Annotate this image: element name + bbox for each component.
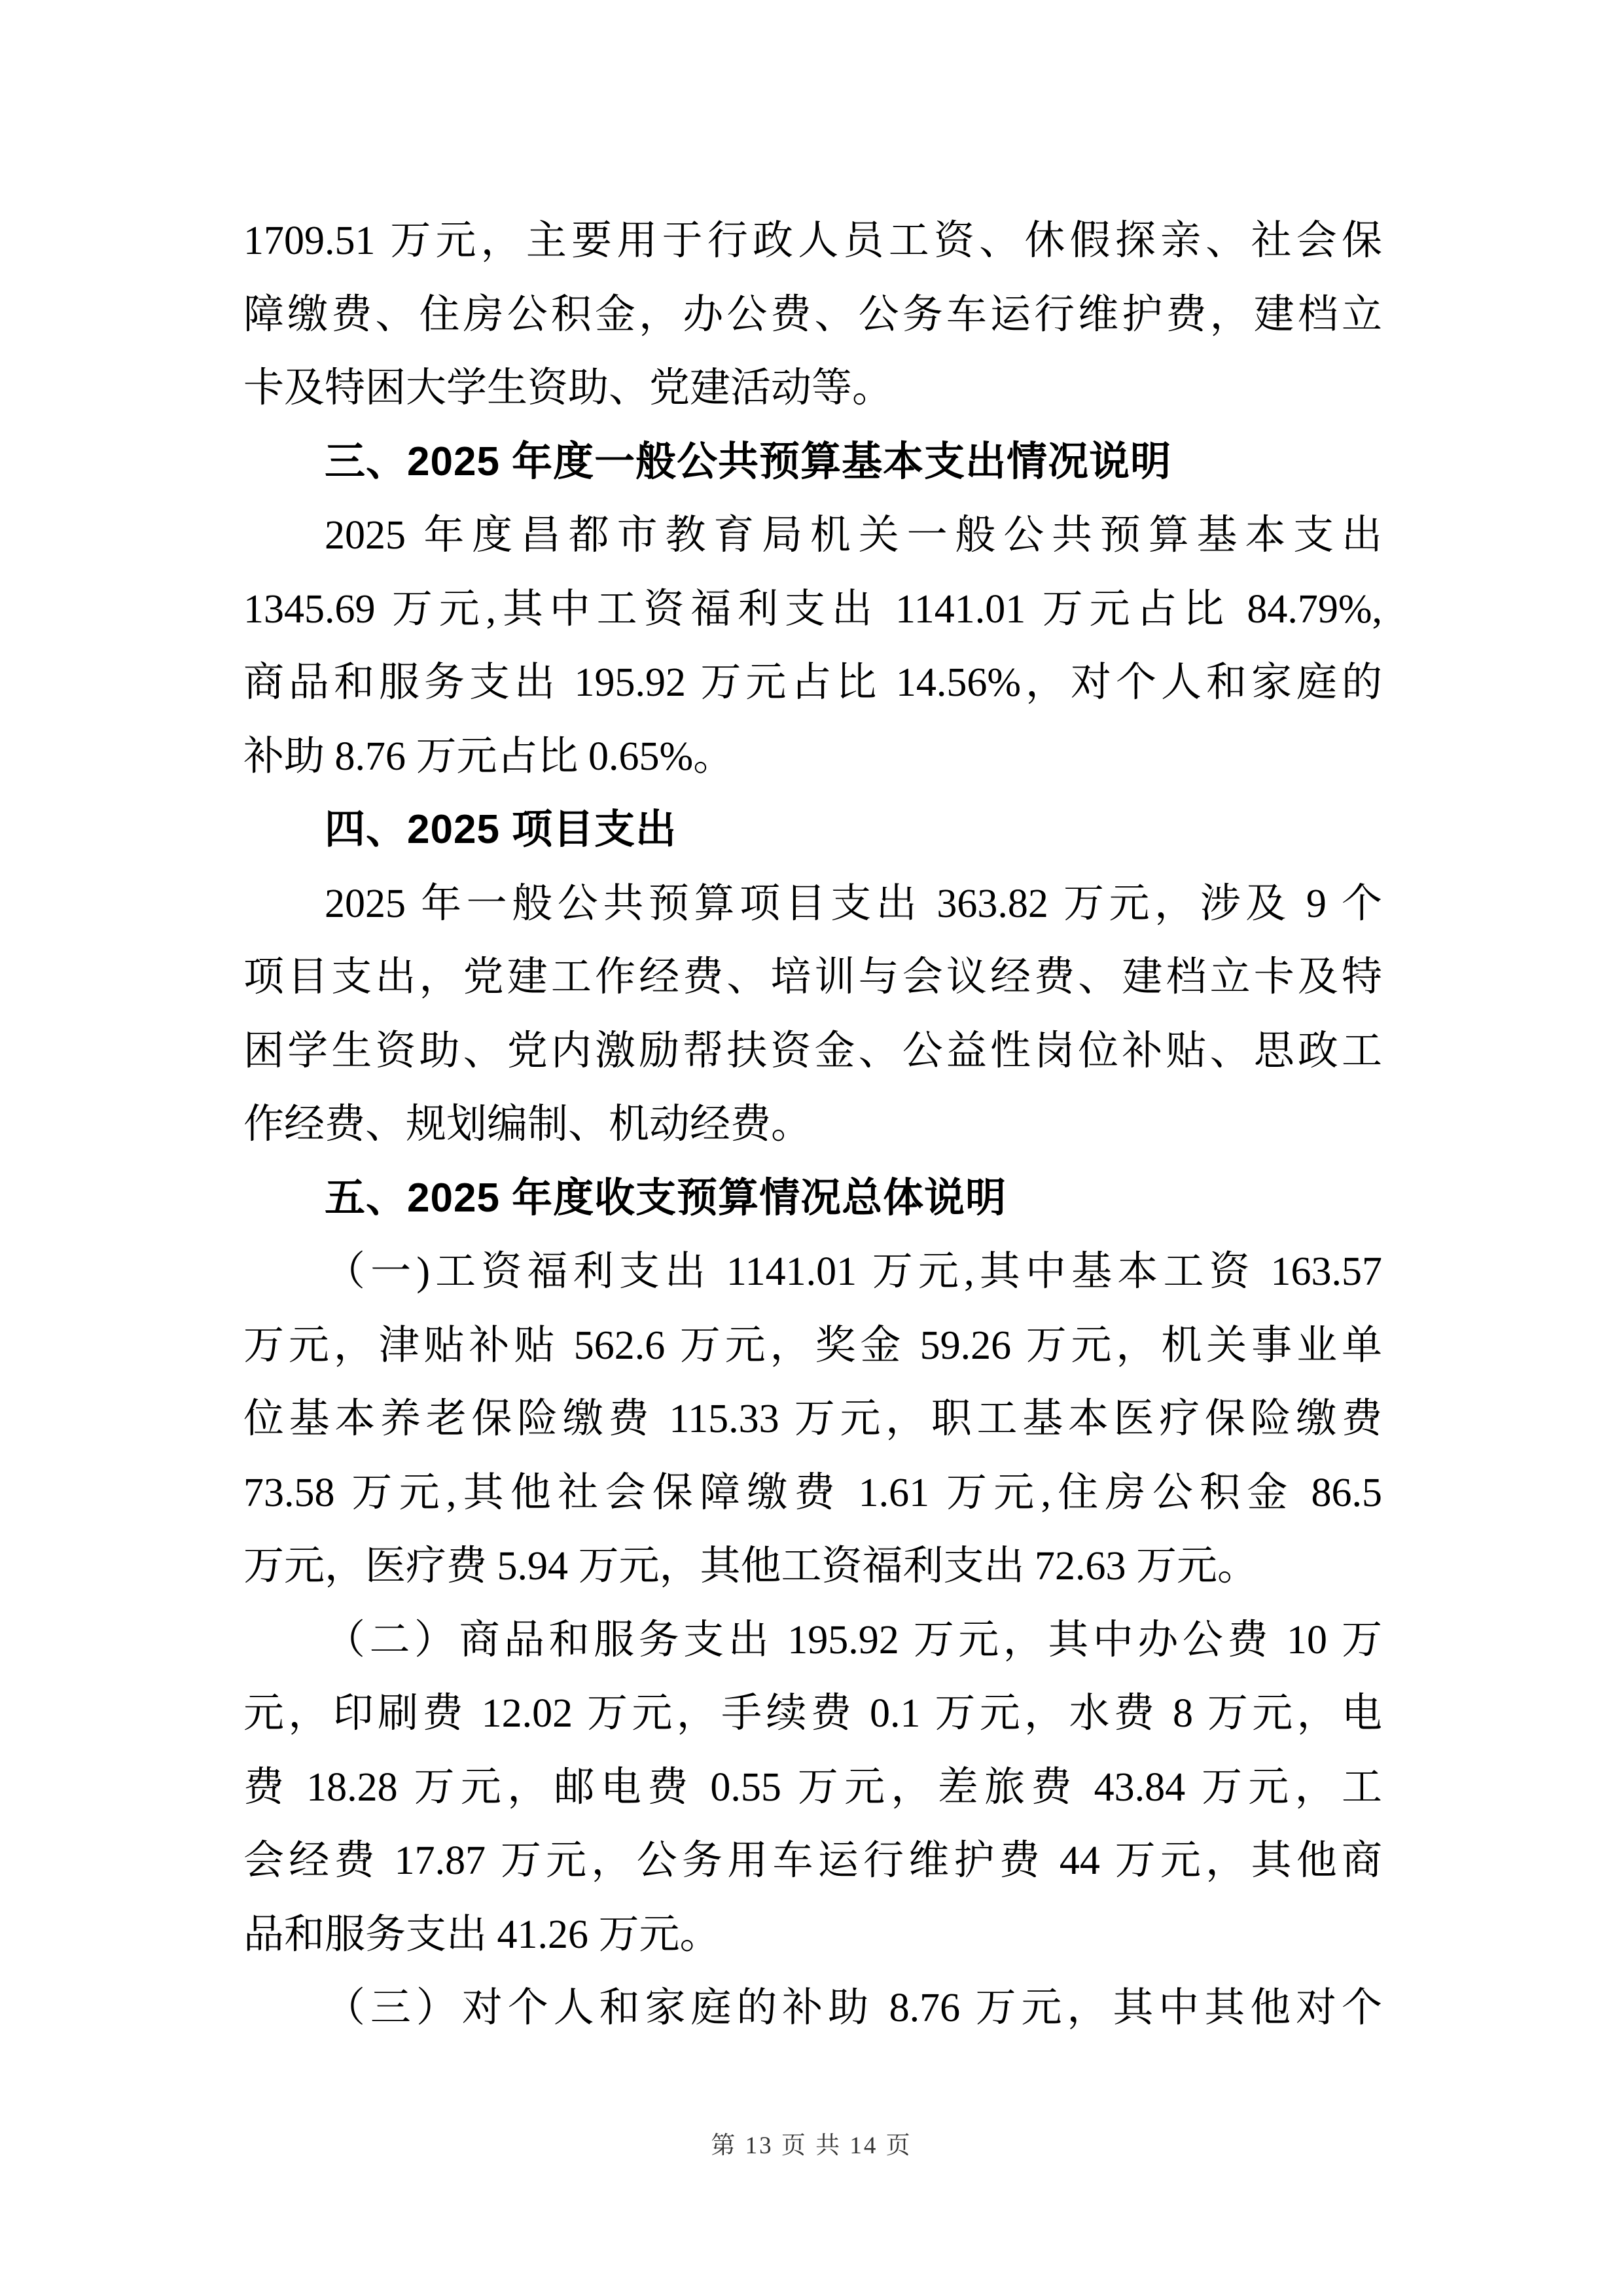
text-line: 2025 年一般公共预算项目支出 363.82 万元，涉及 9 个 [243, 867, 1382, 941]
document-body: 1709.51 万元，主要用于行政人员工资、休假探亲、社会保障缴费、住房公积金，… [243, 204, 1382, 2045]
page-number-text: 第 13 页 共 14 页 [711, 2132, 912, 2159]
text-line: 障缴费、住房公积金，办公费、公务车运行维护费，建档立 [243, 278, 1382, 352]
heading-line: 三、2025 年度一般公共预算基本支出情况说明 [243, 425, 1382, 499]
section-heading: 四、2025 项目支出 [243, 793, 1382, 867]
text-line: 万元，津贴补贴 562.6 万元，奖金 59.26 万元，机关事业单 [243, 1309, 1382, 1383]
text-line: 费 18.28 万元，邮电费 0.55 万元，差旅费 43.84 万元，工 [243, 1751, 1382, 1825]
paragraph: （一)工资福利支出 1141.01 万元,其中基本工资 163.57万元，津贴补… [243, 1235, 1382, 1604]
text-line: （三）对个人和家庭的补助 8.76 万元，其中其他对个 [243, 1971, 1382, 2045]
page-footer: 第 13 页 共 14 页 [0, 2123, 1623, 2170]
text-line: 万元，医疗费 5.94 万元，其他工资福利支出 72.63 万元。 [243, 1530, 1382, 1604]
text-line: 元，印刷费 12.02 万元，手续费 0.1 万元，水费 8 万元，电 [243, 1677, 1382, 1751]
text-line: 作经费、规划编制、机动经费。 [243, 1088, 1382, 1162]
text-line: 1709.51 万元，主要用于行政人员工资、休假探亲、社会保 [243, 204, 1382, 278]
text-line: 困学生资助、党内激励帮扶资金、公益性岗位补贴、思政工 [243, 1014, 1382, 1088]
paragraph: （三）对个人和家庭的补助 8.76 万元，其中其他对个 [243, 1971, 1382, 2045]
text-line: 1345.69 万元,其中工资福利支出 1141.01 万元占比 84.79%, [243, 573, 1382, 647]
paragraph: 2025 年一般公共预算项目支出 363.82 万元，涉及 9 个项目支出，党建… [243, 867, 1382, 1162]
paragraph: 2025 年度昌都市教育局机关一般公共预算基本支出1345.69 万元,其中工资… [243, 499, 1382, 793]
section-heading: 五、2025 年度收支预算情况总体说明 [243, 1162, 1382, 1236]
paragraph: 1709.51 万元，主要用于行政人员工资、休假探亲、社会保障缴费、住房公积金，… [243, 204, 1382, 425]
text-line: 品和服务支出 41.26 万元。 [243, 1898, 1382, 1972]
document-page: 1709.51 万元，主要用于行政人员工资、休假探亲、社会保障缴费、住房公积金，… [0, 0, 1623, 2296]
text-line: 位基本养老保险缴费 115.33 万元，职工基本医疗保险缴费 [243, 1382, 1382, 1456]
section-heading: 三、2025 年度一般公共预算基本支出情况说明 [243, 425, 1382, 499]
text-line: 卡及特困大学生资助、党建活动等。 [243, 351, 1382, 425]
heading-line: 四、2025 项目支出 [243, 793, 1382, 867]
text-line: 商品和服务支出 195.92 万元占比 14.56%，对个人和家庭的 [243, 646, 1382, 720]
text-line: 补助 8.76 万元占比 0.65%。 [243, 720, 1382, 794]
text-line: 项目支出，党建工作经费、培训与会议经费、建档立卡及特 [243, 941, 1382, 1014]
text-line: （二）商品和服务支出 195.92 万元，其中办公费 10 万 [243, 1604, 1382, 1677]
text-line: 73.58 万元,其他社会保障缴费 1.61 万元,住房公积金 86.5 [243, 1456, 1382, 1530]
text-line: （一)工资福利支出 1141.01 万元,其中基本工资 163.57 [243, 1235, 1382, 1309]
paragraph: （二）商品和服务支出 195.92 万元，其中办公费 10 万元，印刷费 12.… [243, 1604, 1382, 1972]
text-line: 2025 年度昌都市教育局机关一般公共预算基本支出 [243, 499, 1382, 573]
text-line: 会经费 17.87 万元，公务用车运行维护费 44 万元，其他商 [243, 1824, 1382, 1898]
heading-line: 五、2025 年度收支预算情况总体说明 [243, 1162, 1382, 1236]
